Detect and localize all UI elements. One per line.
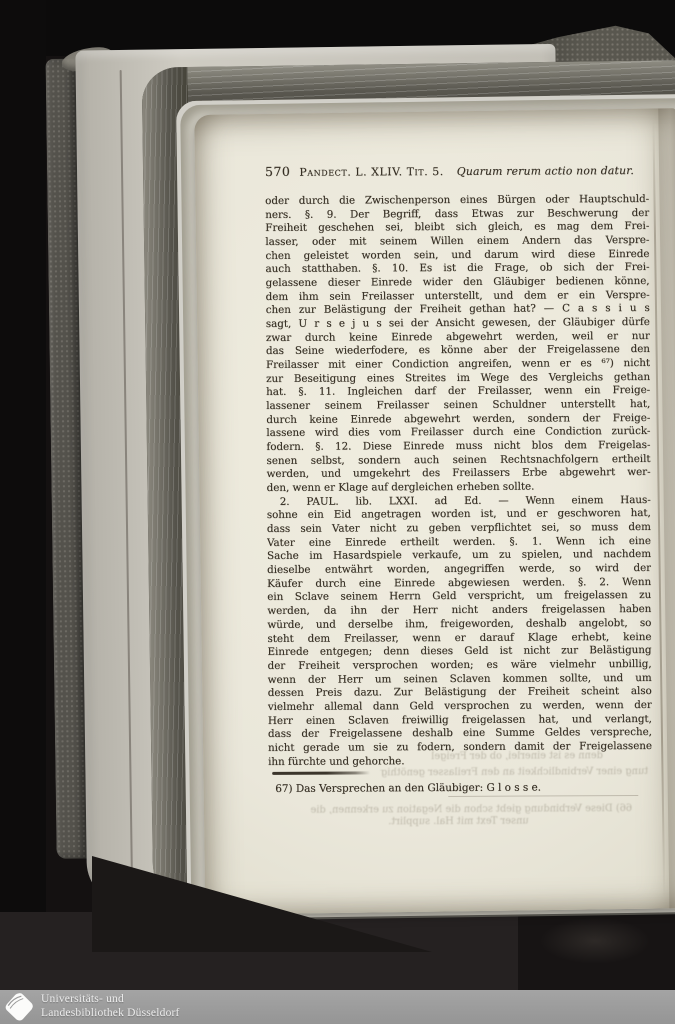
page-number: 570 (265, 164, 290, 179)
scanned-page: 570 Pandect. L. XLIV. Tit. 5. Quarum rer… (194, 108, 675, 915)
library-watermark-bar: Universitäts- und Landesbibliothek Düsse… (0, 990, 675, 1024)
open-book-icon (4, 992, 34, 1022)
background-glow (540, 918, 650, 964)
bleedthrough-text: denn es ist einerlei, ob der Freigel (386, 750, 648, 762)
running-title: Quarum rerum actio non datur. (457, 164, 634, 178)
library-name: Universitäts- und Landesbibliothek Düsse… (41, 992, 180, 1020)
library-name-line2: Landesbibliothek Düsseldorf (41, 1006, 180, 1020)
text-line: der Freiheit versprochen worden; es wäre… (268, 658, 652, 674)
text-line: werden, und umgekehrt des Freilassers Er… (267, 466, 651, 482)
text-line: würde, und derselbe ihm, freigeworden, d… (267, 617, 651, 633)
body-text: oder durch die Zwischenperson eines Bürg… (265, 193, 652, 769)
book: 570 Pandect. L. XLIV. Tit. 5. Quarum rer… (45, 16, 675, 930)
bleedthrough-text: 66) Diese Verbindung giebt schon die Neg… (306, 803, 636, 816)
header-citation: Pandect. L. XLIV. Tit. 5. (299, 165, 443, 179)
footnote: 67) Das Versprechen an den Gläubiger: G … (268, 781, 652, 795)
bleedthrough-text: unser Text mit Hal. supplirt. (343, 815, 573, 827)
bleedthrough-rule (448, 795, 638, 797)
page-header: 570 Pandect. L. XLIV. Tit. 5. Quarum rer… (265, 162, 649, 179)
footnote-separator-rule (272, 772, 370, 776)
library-name-line1: Universitäts- und (41, 992, 180, 1006)
text-line: vielmehr allemal dann Geld versprochen z… (268, 699, 652, 715)
page-content: 570 Pandect. L. XLIV. Tit. 5. Quarum rer… (265, 162, 653, 904)
background-left (0, 0, 46, 1024)
bleedthrough-text: tung einer Verbindlichkeit an den Freila… (380, 766, 648, 778)
